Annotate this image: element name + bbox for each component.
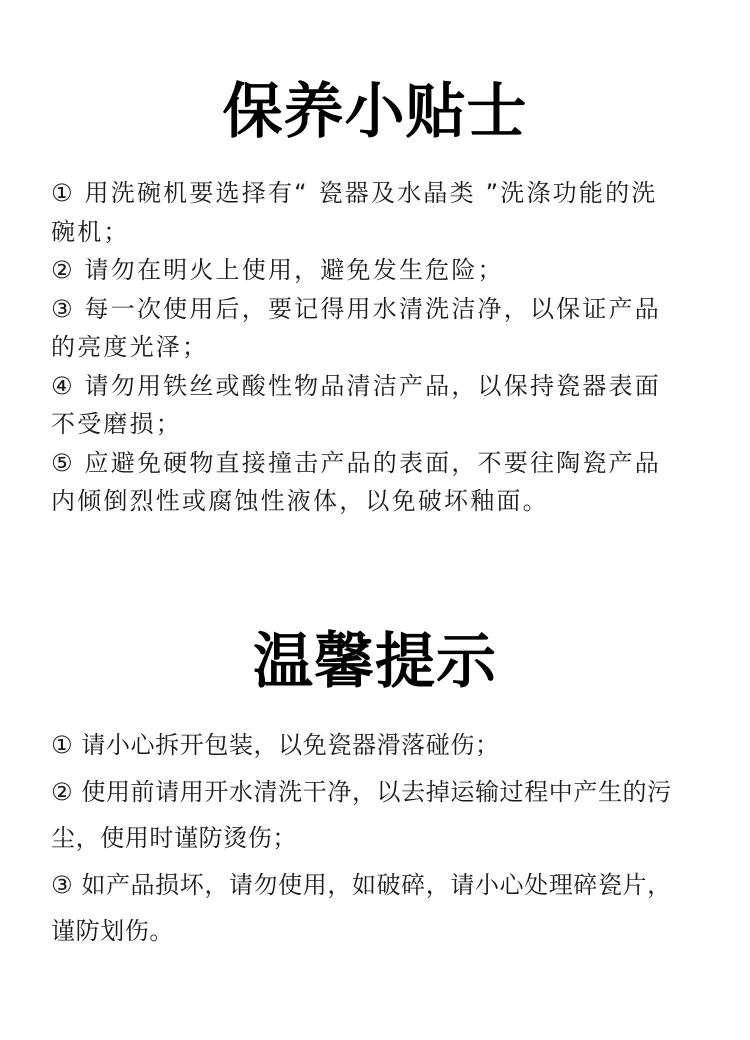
care-tips-list: ① 用洗碗机要选择有“ 瓷器及水晶类 ”洗涤功能的洗 碗机； ② 请勿在明火上使… — [51, 174, 711, 521]
care-tip-4-line-1: ④ 请勿用铁丝或酸性物品清洁产品，以保持瓷器表面 — [51, 367, 711, 406]
care-tips-title: 保养小贴士 — [0, 76, 750, 148]
care-tip-2: ② 请勿在明火上使用，避免发生危险； — [51, 251, 711, 290]
warm-reminder-list: ① 请小心拆开包装，以免瓷器滑落碰伤； ② 使用前请用开水清洗干净，以去掉运输过… — [51, 722, 711, 955]
care-tip-3-line-2: 的亮度光泽； — [51, 328, 711, 367]
reminder-2-line-1: ② 使用前请用开水清洗干净，以去掉运输过程中产生的污 — [51, 769, 711, 816]
care-tip-3-line-1: ③ 每一次使用后，要记得用水清洗洁净，以保证产品 — [51, 290, 711, 329]
care-tip-5-line-1: ⑤ 应避免硬物直接撞击产品的表面，不要往陶瓷产品 — [51, 444, 711, 483]
reminder-2-line-2: 尘，使用时谨防烫伤； — [51, 815, 711, 862]
warm-reminder-title: 温馨提示 — [0, 626, 750, 698]
reminder-3-line-2: 谨防划伤。 — [51, 908, 711, 955]
care-tip-4-line-2: 不受磨损； — [51, 405, 711, 444]
care-tip-5-line-2: 内倾倒烈性或腐蚀性液体，以免破坏釉面。 — [51, 482, 711, 521]
reminder-1: ① 请小心拆开包装，以免瓷器滑落碰伤； — [51, 722, 711, 769]
care-tip-1-line-1: ① 用洗碗机要选择有“ 瓷器及水晶类 ”洗涤功能的洗 — [51, 174, 711, 213]
care-tip-1-line-2: 碗机； — [51, 213, 711, 252]
reminder-3-line-1: ③ 如产品损坏，请勿使用，如破碎，请小心处理碎瓷片， — [51, 862, 711, 909]
